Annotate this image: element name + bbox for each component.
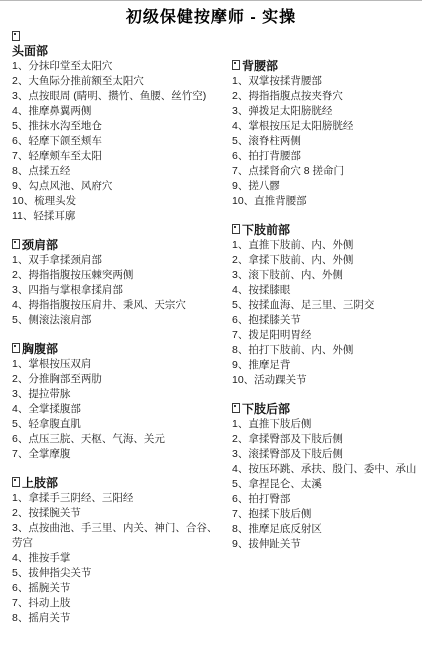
list-item: 3、提拉带脉	[12, 387, 222, 402]
section-heading: 胸腹部	[12, 341, 222, 357]
list-item: 3、弹拨足太阳膀胱经	[232, 104, 420, 119]
left-column: 头面部 1、分抹印堂至太阳穴 2、大鱼际分推前额至太阳穴 3、点按眼周 (睛明、…	[12, 31, 222, 626]
list-item: 2、拿揉下肢前、内、外侧	[232, 253, 420, 268]
list-item: 1、双掌按揉背腰部	[232, 74, 420, 89]
list-item: 3、点按曲池、手三里、内关、神门、合谷、劳宫	[12, 521, 222, 551]
section-back-waist: 背腰部 1、双掌按揉背腰部 2、拇指指腹点按夹脊穴 3、弹拨足太阳膀胱经 4、掌…	[232, 58, 420, 209]
list-item: 5、拔伸指尖关节	[12, 566, 222, 581]
section-lower-limb-front: 下肢前部 1、直推下肢前、内、外侧 2、拿揉下肢前、内、外侧 3、滚下肢前、内、…	[232, 222, 420, 388]
missing-glyph-box-icon	[232, 60, 240, 70]
list-item: 10、直推背腰部	[232, 194, 420, 209]
section-heading-label: 上肢部	[22, 476, 58, 490]
list-item: 6、抱揉膝关节	[232, 313, 420, 328]
list-item: 3、四指与掌根拿揉肩部	[12, 283, 222, 298]
list-item: 6、摇腕关节	[12, 581, 222, 596]
section-neck-shoulder: 颈肩部 1、双手拿揉颈肩部 2、拇指指腹按压棘突两侧 3、四指与掌根拿揉肩部 4…	[12, 237, 222, 328]
list-item: 1、掌根按压双肩	[12, 357, 222, 372]
list-item: 8、拍打下肢前、内、外侧	[232, 343, 420, 358]
list-item: 7、全掌摩腹	[12, 447, 222, 462]
list-item: 4、拇指指腹按压肩井、秉风、天宗穴	[12, 298, 222, 313]
list-item: 11、轻揉耳廓	[12, 209, 222, 224]
section-heading-label: 胸腹部	[22, 342, 58, 356]
list-item: 5、侧滚法滚肩部	[12, 313, 222, 328]
list-item: 9、勾点风池、风府穴	[12, 179, 222, 194]
list-item: 4、掌根按压足太阳膀胱经	[232, 119, 420, 134]
list-item: 9、推摩足背	[232, 358, 420, 373]
list-item: 8、推摩足底反射区	[232, 522, 420, 537]
list-item: 4、按压环跳、承扶、殷门、委中、承山	[232, 462, 420, 477]
list-item: 4、推摩鼻翼两侧	[12, 104, 222, 119]
missing-glyph-box-icon	[12, 239, 20, 249]
missing-glyph-box-icon	[12, 343, 20, 353]
list-item: 1、拿揉手三阴经、三阳经	[12, 491, 222, 506]
section-chest-abdomen: 胸腹部 1、掌根按压双肩 2、分推胸部至两肋 3、提拉带脉 4、全掌揉腹部 5、…	[12, 341, 222, 462]
list-item: 5、按揉血海、足三里、三阴交	[232, 298, 420, 313]
list-item: 4、全掌揉腹部	[12, 402, 222, 417]
list-item: 5、轻拿腹直肌	[12, 417, 222, 432]
list-item: 6、点压三脘、天枢、气海、关元	[12, 432, 222, 447]
list-item: 7、点揉肾俞穴 8 搓命门	[232, 164, 420, 179]
list-item: 10、活动踝关节	[232, 373, 420, 388]
list-item: 7、轻摩颊车至太阳	[12, 149, 222, 164]
list-item: 3、点按眼周 (睛明、攒竹、鱼腰、丝竹空)	[12, 89, 222, 104]
list-item: 4、推按手掌	[12, 551, 222, 566]
section-heading-label: 背腰部	[242, 59, 278, 73]
list-item: 4、按揉膝眼	[232, 283, 420, 298]
list-item: 8、点揉五经	[12, 164, 222, 179]
list-item: 5、滚脊柱两侧	[232, 134, 420, 149]
section-heading: 背腰部	[232, 58, 420, 74]
list-item: 2、拿揉臀部及下肢后侧	[232, 432, 420, 447]
list-item: 7、抱揉下肢后侧	[232, 507, 420, 522]
section-heading-label: 下肢后部	[242, 402, 290, 416]
document-page: 初级保健按摩师 - 实操 头面部 1、分抹印堂至太阳穴 2、大鱼际分推前额至太阳…	[0, 1, 422, 645]
missing-glyph-box-icon	[12, 31, 20, 41]
two-column-layout: 头面部 1、分抹印堂至太阳穴 2、大鱼际分推前额至太阳穴 3、点按眼周 (睛明、…	[0, 29, 422, 626]
standalone-marker-line	[12, 31, 222, 43]
section-heading: 下肢后部	[232, 401, 420, 417]
list-item: 7、拨足阳明胃经	[232, 328, 420, 343]
section-heading-label: 头面部	[12, 44, 48, 58]
list-item: 2、拇指指腹按压棘突两侧	[12, 268, 222, 283]
list-item: 2、大鱼际分推前额至太阳穴	[12, 74, 222, 89]
list-item: 9、搓八髎	[232, 179, 420, 194]
list-item: 1、双手拿揉颈肩部	[12, 253, 222, 268]
list-item: 10、梳理头发	[12, 194, 222, 209]
right-column: 背腰部 1、双掌按揉背腰部 2、拇指指腹点按夹脊穴 3、弹拨足太阳膀胱经 4、掌…	[232, 31, 420, 552]
list-item: 6、拍打背腰部	[232, 149, 420, 164]
section-heading: 颈肩部	[12, 237, 222, 253]
missing-glyph-box-icon	[12, 477, 20, 487]
section-heading: 上肢部	[12, 475, 222, 491]
section-heading-label: 颈肩部	[22, 238, 58, 252]
list-item: 3、滚下肢前、内、外侧	[232, 268, 420, 283]
list-item: 5、推抹水沟至地仓	[12, 119, 222, 134]
section-heading: 头面部	[12, 43, 222, 59]
page-title: 初级保健按摩师 - 实操	[0, 1, 422, 29]
list-item: 1、直推下肢后侧	[232, 417, 420, 432]
list-item: 8、摇肩关节	[12, 611, 222, 626]
list-item: 3、滚揉臀部及下肢后侧	[232, 447, 420, 462]
list-item: 2、分推胸部至两肋	[12, 372, 222, 387]
list-item: 5、拿捏昆仑、太溪	[232, 477, 420, 492]
list-item: 6、拍打臀部	[232, 492, 420, 507]
section-upper-limb: 上肢部 1、拿揉手三阴经、三阳经 2、按揉腕关节 3、点按曲池、手三里、内关、神…	[12, 475, 222, 626]
missing-glyph-box-icon	[232, 403, 240, 413]
section-heading: 下肢前部	[232, 222, 420, 238]
missing-glyph-box-icon	[232, 224, 240, 234]
list-item: 1、分抹印堂至太阳穴	[12, 59, 222, 74]
list-item: 7、抖动上肢	[12, 596, 222, 611]
list-item: 2、拇指指腹点按夹脊穴	[232, 89, 420, 104]
section-lower-limb-back: 下肢后部 1、直推下肢后侧 2、拿揉臀部及下肢后侧 3、滚揉臀部及下肢后侧 4、…	[232, 401, 420, 552]
section-head-face: 头面部 1、分抹印堂至太阳穴 2、大鱼际分推前额至太阳穴 3、点按眼周 (睛明、…	[12, 43, 222, 224]
list-item: 6、轻摩下颌至颊车	[12, 134, 222, 149]
list-item: 1、直推下肢前、内、外侧	[232, 238, 420, 253]
list-item: 9、拔伸趾关节	[232, 537, 420, 552]
list-item: 2、按揉腕关节	[12, 506, 222, 521]
section-heading-label: 下肢前部	[242, 223, 290, 237]
